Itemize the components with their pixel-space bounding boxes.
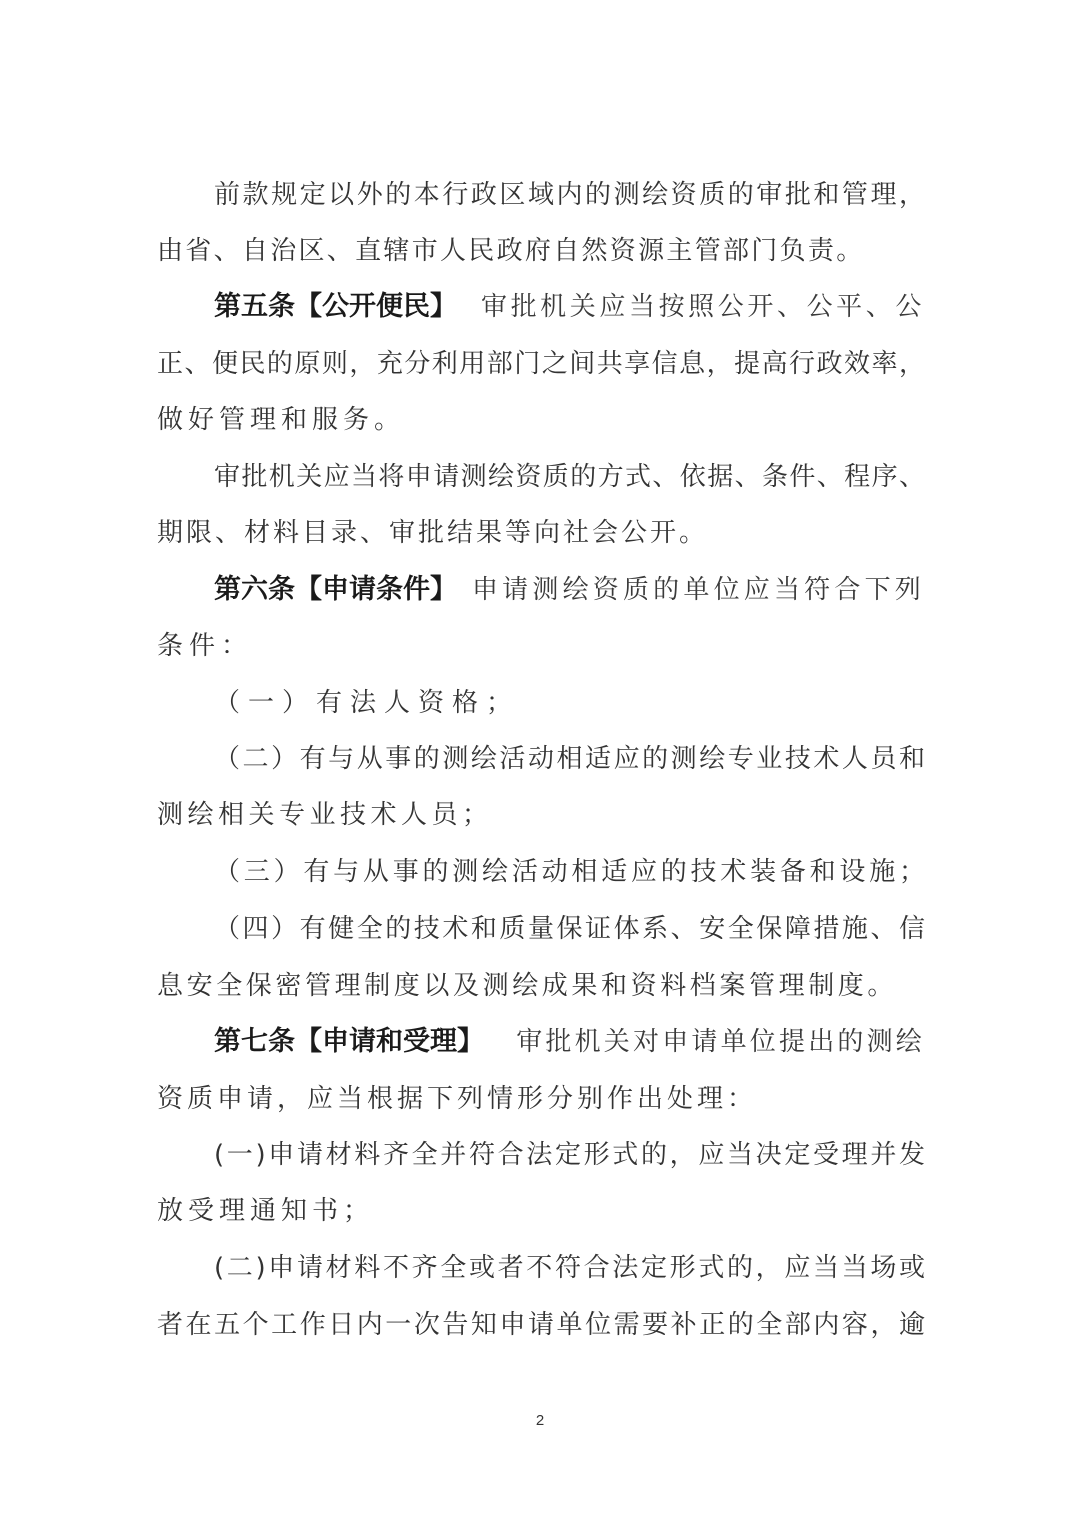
article-6-heading: 第六条【申请条件】 bbox=[214, 570, 457, 610]
list-item: （二）有与从事的测绘活动相适应的测绘专业技术人员和 bbox=[214, 739, 925, 779]
article-6-text: 申请测绘资质的单位应当符合下列 bbox=[472, 570, 925, 610]
list-item: (二)申请材料不齐全或者不符合法定形式的，应当当场或 bbox=[214, 1248, 925, 1288]
list-item-continuation: 测绘相关专业技术人员； bbox=[157, 795, 925, 835]
article-5-first-line: 第五条【公开便民】 审批机关应当按照公开、公平、公 bbox=[214, 287, 925, 327]
article-7-text: 审批机关对申请单位提出的测绘 bbox=[516, 1022, 925, 1062]
list-item: （一）有法人资格； bbox=[214, 683, 925, 723]
list-item: (一)申请材料齐全并符合法定形式的，应当决定受理并发 bbox=[214, 1135, 925, 1175]
list-item-continuation: 息安全保密管理制度以及测绘成果和资料档案管理制度。 bbox=[157, 966, 925, 1006]
paragraph-line: 由省、自治区、直辖市人民政府自然资源主管部门负责。 bbox=[157, 231, 925, 271]
article-5-heading: 第五条【公开便民】 bbox=[214, 287, 457, 327]
list-item-continuation: 放受理通知书； bbox=[157, 1191, 925, 1231]
document-page: 前款规定以外的本行政区域内的测绘资质的审批和管理， 由省、自治区、直辖市人民政府… bbox=[0, 0, 1080, 1527]
paragraph-line: 正、便民的原则，充分利用部门之间共享信息，提高行政效率， bbox=[157, 344, 925, 384]
paragraph-line: 审批机关应当将申请测绘资质的方式、依据、条件、程序、 bbox=[214, 457, 925, 497]
article-7-first-line: 第七条【申请和受理】 审批机关对申请单位提出的测绘 bbox=[214, 1022, 925, 1062]
paragraph-line: 做好管理和服务。 bbox=[157, 400, 925, 440]
list-item: （四）有健全的技术和质量保证体系、安全保障措施、信 bbox=[214, 909, 925, 949]
article-7-heading: 第七条【申请和受理】 bbox=[214, 1022, 484, 1062]
article-6-first-line: 第六条【申请条件】 申请测绘资质的单位应当符合下列 bbox=[214, 570, 925, 610]
article-5-text: 审批机关应当按照公开、公平、公 bbox=[481, 287, 925, 327]
paragraph-line: 资质申请，应当根据下列情形分别作出处理： bbox=[157, 1079, 925, 1119]
list-item-continuation: 者在五个工作日内一次告知申请单位需要补正的全部内容，逾 bbox=[157, 1305, 925, 1345]
paragraph-line: 期限、材料目录、审批结果等向社会公开。 bbox=[157, 513, 925, 553]
page-number: 2 bbox=[530, 1412, 550, 1429]
paragraph-line: 前款规定以外的本行政区域内的测绘资质的审批和管理， bbox=[214, 175, 925, 215]
list-item: （三）有与从事的测绘活动相适应的技术装备和设施； bbox=[214, 852, 925, 892]
paragraph-line: 条件： bbox=[157, 626, 925, 666]
